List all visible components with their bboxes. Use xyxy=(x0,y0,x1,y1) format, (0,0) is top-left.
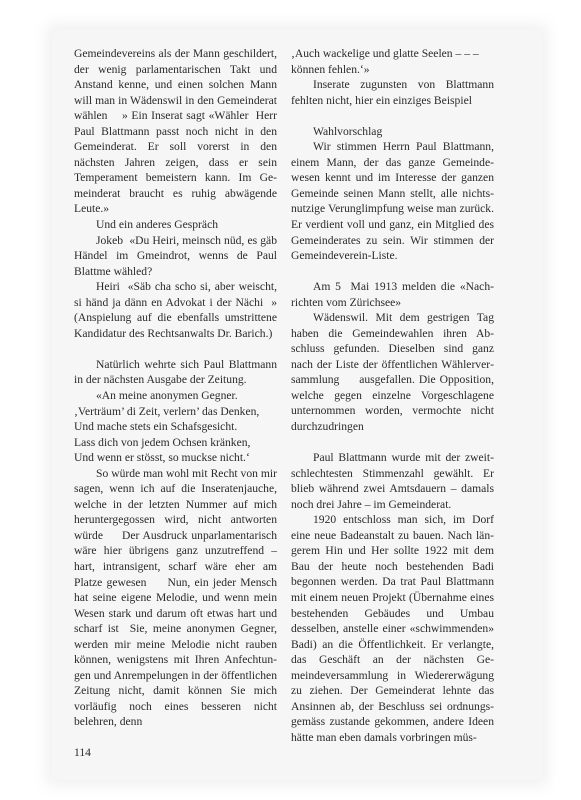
left-text-column: Gemeindevereins als der Mann geschil­der… xyxy=(74,46,277,730)
verse-line: Lass dich von jedem Ochsen kränken, xyxy=(74,435,277,451)
paragraph: So würde man wohl mit Recht von mir sage… xyxy=(74,466,277,730)
paragraph: Natürlich wehrte sich Paul Blattmann in … xyxy=(74,357,277,388)
page-number: 114 xyxy=(74,746,91,759)
letter-salutation: «An meine anonymen Gegner. xyxy=(74,388,277,404)
right-text-column: ‚Auch wackelige und glatte Seelen – – – … xyxy=(291,46,494,745)
ad-heading: Wahlvorschlag xyxy=(291,124,494,140)
paragraph: 1920 entschloss man sich, im Dorf eine n… xyxy=(291,512,494,745)
paragraph: Und ein anderes Gespräch xyxy=(74,217,277,233)
verse-line: ‚Verträum’ di Zeit, verlern’ das Denken, xyxy=(74,404,277,420)
verse-line: können fehlen.‘» xyxy=(291,62,494,78)
verse-line: ‚Auch wackelige und glatte Seelen – – – xyxy=(291,46,494,62)
paragraph: Gemeindevereins als der Mann geschil­der… xyxy=(74,46,277,217)
verse-line: Und wenn er stösst, so muckse nicht.‘ xyxy=(74,450,277,466)
paragraph: Paul Blattmann wurde mit der zweit­schle… xyxy=(291,450,494,512)
verse-line: Und mache stets ein Schafsgesicht. xyxy=(74,419,277,435)
paragraph: Inserate zugunsten von Blattmann fehlten… xyxy=(291,77,494,108)
newspaper-quote: Wädenswil. Mit dem gestrigen Tag haben d… xyxy=(291,310,494,434)
dialogue-paragraph: Heiri «Säb cha scho si, aber weischt, si… xyxy=(74,279,277,341)
paragraph: Am 5 Mai 1913 melden die «Nach­richten v… xyxy=(291,279,494,310)
dialogue-paragraph: Jokeb «Du Heiri, meinsch nüd, es gäb Hän… xyxy=(74,233,277,280)
ad-text: Wir stimmen Herrn Paul Blattmann, einem … xyxy=(291,139,494,263)
